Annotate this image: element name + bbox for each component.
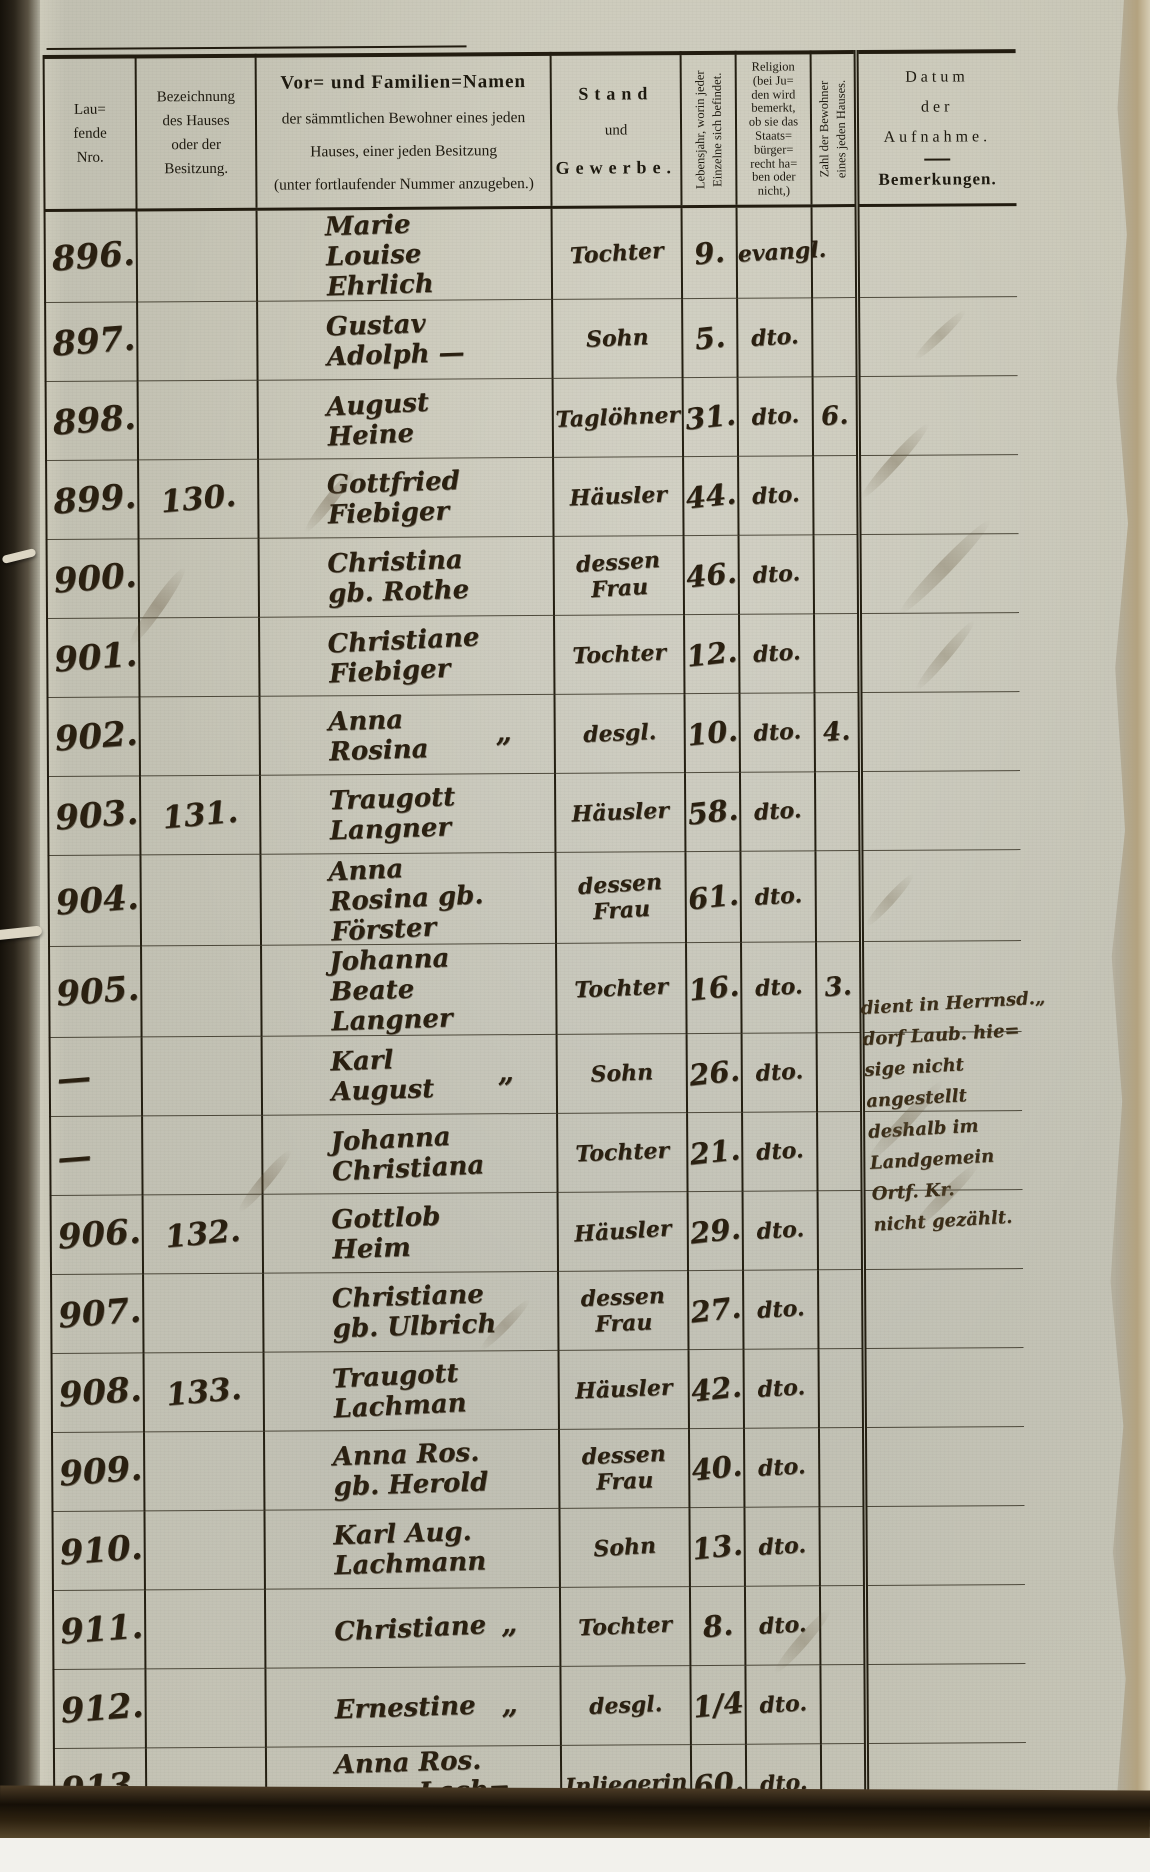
header-datum-bemerkungen: DatumderAufnahme. Bemerkungen. xyxy=(856,51,1017,205)
cell-hausnummer xyxy=(142,1036,262,1116)
text-line: Religion xyxy=(737,60,810,74)
cell-lebensjahr: 46. xyxy=(684,535,739,614)
cell-laufende-nro: — xyxy=(50,1116,142,1196)
cell-hausnummer xyxy=(144,1431,264,1511)
cell-stand-gewerbe: Tochter xyxy=(560,1587,690,1667)
cell-religion: dto. xyxy=(743,1270,818,1349)
cell-lebensjahr: 9. xyxy=(682,206,738,298)
cell-bemerkungen xyxy=(859,692,1019,772)
cell-bemerkungen xyxy=(864,1427,1024,1507)
cell-stand-gewerbe: Taglöhner xyxy=(553,378,683,458)
cell-hausnummer xyxy=(137,301,257,381)
book-spine xyxy=(0,0,40,1815)
name-text: Karl August xyxy=(330,1042,499,1107)
cell-hausnummer: 131. xyxy=(140,775,260,855)
cell-name: Karl Aug. Lachmann xyxy=(264,1508,559,1589)
register-row: 911. Christiane„ Tochter 8. dto. xyxy=(53,1585,1025,1670)
cell-name: Christiane„ xyxy=(265,1587,560,1668)
text-line: oder der xyxy=(137,133,255,158)
cell-name: Christina gb. Rothe xyxy=(259,536,554,617)
handwritten-remark: dient in Herrnsd.„dorf Laub. hie=sige ni… xyxy=(860,982,1064,1241)
cell-bemerkungen xyxy=(857,297,1017,377)
cell-stand-gewerbe: desgl. xyxy=(560,1666,690,1746)
cell-hausnummer xyxy=(137,209,258,302)
cell-bemerkungen xyxy=(858,455,1018,535)
text-line: Hauses, einer jeden Besitzung xyxy=(257,133,550,168)
cell-religion: dto. xyxy=(737,298,812,377)
text-line: Nro. xyxy=(45,145,135,170)
name-text: Marie Louise Ehrlich xyxy=(324,206,510,302)
cell-religion: dto. xyxy=(738,377,813,456)
cell-bewohnerzahl xyxy=(813,456,858,535)
cell-lebensjahr: 21. xyxy=(687,1112,742,1191)
cell-bewohnerzahl xyxy=(817,1112,862,1191)
text-line: nicht,) xyxy=(737,185,810,199)
header-datum: DatumderAufnahme. xyxy=(858,62,1016,153)
cell-laufende-nro: 899. xyxy=(46,460,138,540)
cell-name: Johanna Beate Langner xyxy=(261,943,557,1036)
name-text: Christina gb. Rothe xyxy=(327,543,512,609)
cell-hausnummer xyxy=(139,617,259,697)
cell-hausnummer: 133. xyxy=(144,1352,264,1432)
cell-laufende-nro: 909. xyxy=(52,1432,144,1512)
cell-religion: dto. xyxy=(744,1428,819,1507)
cell-bewohnerzahl xyxy=(820,1586,865,1665)
cell-bemerkungen xyxy=(864,1348,1024,1428)
header-lebensjahr: Lebensjahr, worin jeder Einzelne sich be… xyxy=(681,53,737,207)
cell-stand-gewerbe: Sohn xyxy=(559,1508,689,1588)
ditto-mark: „ xyxy=(500,1606,518,1640)
vertical-header-line: Einzelne sich befindet. xyxy=(709,57,725,203)
cell-hausnummer xyxy=(145,1589,265,1669)
text-line: der sämmtlichen Bewohner eines jeden xyxy=(257,100,550,135)
cell-laufende-nro: 911. xyxy=(53,1590,145,1670)
cell-lebensjahr: 31. xyxy=(683,377,738,456)
cell-stand-gewerbe: Tochter xyxy=(556,943,687,1035)
register-row: 912. Ernestine„ desgl. 1/4 dto. xyxy=(53,1664,1025,1749)
cell-stand-gewerbe: Häusler xyxy=(555,773,685,853)
cell-bewohnerzahl xyxy=(819,1507,864,1586)
cell-stand-gewerbe: Häusler xyxy=(558,1192,688,1272)
name-text: Gustav Adolph — xyxy=(325,306,510,372)
name-text: Johanna Christiana xyxy=(330,1119,516,1188)
vertical-header-line: eines jeden Hauses. xyxy=(833,56,849,202)
cell-lebensjahr: 10. xyxy=(684,693,739,772)
cell-name: Johanna Christiana xyxy=(262,1113,557,1194)
cell-religion: dto. xyxy=(738,456,813,535)
cell-religion: evangl. xyxy=(737,206,813,298)
header-gewerbe-line: Gewerbe. xyxy=(552,145,680,190)
name-text: Anna Ros. gb. Herold xyxy=(332,1436,517,1502)
cell-name: Anna Rosina gb. Förster xyxy=(260,852,556,945)
text-line: Aufnahme. xyxy=(859,122,1017,153)
cell-name: Marie Louise Ehrlich xyxy=(257,207,553,301)
cell-laufende-nro: 901. xyxy=(47,618,139,698)
cell-bemerkungen xyxy=(860,850,1021,942)
register-row: 907. Christiane gb. Ulbrich dessen Frau … xyxy=(51,1269,1023,1354)
name-text: Christiane xyxy=(334,1609,487,1646)
cell-bewohnerzahl: 3. xyxy=(816,942,862,1033)
cell-religion: dto. xyxy=(739,535,814,614)
register-row: 899. 130. Gottfried Fiebiger Häusler 44.… xyxy=(46,455,1018,540)
cell-bemerkungen xyxy=(865,1664,1025,1744)
cell-stand-gewerbe: Tochter xyxy=(552,207,683,300)
cell-stand-gewerbe: dessen Frau xyxy=(559,1429,689,1509)
header-text: Lau=fendeNro. xyxy=(45,97,135,170)
cell-religion: dto. xyxy=(739,614,814,693)
cell-hausnummer xyxy=(143,1273,263,1353)
page-block-edge xyxy=(0,1785,1150,1844)
cell-name: Gottlob Heim xyxy=(263,1192,558,1273)
cell-name: Christiane gb. Ulbrich xyxy=(263,1271,558,1352)
cell-lebensjahr: 5. xyxy=(682,298,737,377)
name-text: Traugott Lachman xyxy=(331,1356,517,1425)
cell-laufende-nro: 902. xyxy=(48,697,140,777)
name-text: Ernestine xyxy=(334,1690,476,1725)
text-line: bürger= xyxy=(737,143,810,157)
cell-hausnummer xyxy=(140,854,261,946)
text-line: Bezeichnung xyxy=(137,85,255,110)
cell-name: Traugott Langner xyxy=(260,773,555,854)
scan-background xyxy=(0,1838,1150,1872)
cell-stand-gewerbe: dessen Frau xyxy=(554,536,684,616)
header-und-line: und xyxy=(552,115,680,146)
name-text: Gottlob Heim xyxy=(331,1199,516,1265)
cell-laufende-nro: 910. xyxy=(52,1511,144,1591)
cell-bewohnerzahl xyxy=(819,1428,864,1507)
cell-lebensjahr: 16. xyxy=(686,942,742,1033)
table-header: Lau=fendeNro. Bezeichnungdes Hausesoder … xyxy=(44,51,1017,210)
name-text: Christiane gb. Ulbrich xyxy=(331,1278,516,1344)
register-row: 902. Anna Rosina„ desgl. 10. dto. 4. xyxy=(48,692,1020,777)
cell-name: Anna Ros. gb. Herold xyxy=(264,1429,559,1510)
cell-laufende-nro: 898. xyxy=(46,381,138,461)
header-hausbezeichnung: Bezeichnungdes Hausesoder derBesitzung. xyxy=(136,56,257,210)
cell-laufende-nro: — xyxy=(50,1037,142,1117)
cell-lebensjahr: 27. xyxy=(688,1270,743,1349)
header-stand-gewerbe: Stand und Gewerbe. xyxy=(551,53,682,207)
cell-name: Gottfried Fiebiger xyxy=(258,457,553,538)
cell-bewohnerzahl: 6. xyxy=(813,377,858,456)
cell-religion: dto. xyxy=(742,1112,817,1191)
cell-lebensjahr: 61. xyxy=(685,851,741,942)
cell-hausnummer xyxy=(141,945,262,1037)
cell-name: Traugott Lachman xyxy=(264,1350,559,1431)
register-row: 904. Anna Rosina gb. Förster dessen Frau… xyxy=(48,850,1021,947)
ditto-mark: „ xyxy=(501,1687,518,1721)
header-bewohnerzahl: Zahl der Bewohner eines jeden Hauses. xyxy=(811,52,857,206)
cell-bewohnerzahl xyxy=(820,1665,865,1744)
cell-hausnummer: 132. xyxy=(143,1194,263,1274)
register-row: 908. 133. Traugott Lachman Häusler 42. d… xyxy=(52,1348,1024,1433)
cell-religion: dto. xyxy=(745,1665,820,1744)
register-row: 909. Anna Ros. gb. Herold dessen Frau 40… xyxy=(52,1427,1024,1512)
name-text: Traugott Langner xyxy=(328,780,513,846)
cell-bewohnerzahl xyxy=(818,1191,863,1270)
cell-name: Gustav Adolph — xyxy=(257,299,552,380)
header-namen: Vor= und Familien=Namen der sämmtlichen … xyxy=(256,54,552,209)
header-text: Bezeichnungdes Hausesoder derBesitzung. xyxy=(137,85,256,182)
cell-hausnummer xyxy=(140,696,260,776)
cell-laufende-nro: 906. xyxy=(51,1195,143,1275)
text-line: des Hauses xyxy=(137,109,255,134)
cell-bewohnerzahl: 4. xyxy=(814,693,859,772)
cell-religion: dto. xyxy=(745,1586,820,1665)
text-line: der xyxy=(858,92,1016,123)
cell-bewohnerzahl xyxy=(817,1033,862,1112)
register-table-wrap: Lau=fendeNro. Bezeichnungdes Hausesoder … xyxy=(43,49,1026,1828)
text-line: Datum xyxy=(858,62,1016,93)
cell-lebensjahr: 58. xyxy=(685,772,740,851)
register-row: 910. Karl Aug. Lachmann Sohn 13. dto. xyxy=(52,1506,1024,1591)
cell-bewohnerzahl xyxy=(812,298,857,377)
cell-bemerkungen xyxy=(863,1269,1023,1349)
cell-lebensjahr: 29. xyxy=(688,1191,743,1270)
ditto-mark: „ xyxy=(495,715,512,749)
register-row: 900. Christina gb. Rothe dessen Frau 46.… xyxy=(47,534,1019,619)
cell-stand-gewerbe: Häusler xyxy=(559,1350,689,1430)
text-line: fende xyxy=(45,121,135,146)
cell-bewohnerzahl xyxy=(814,614,859,693)
name-text: Anna Rosina xyxy=(328,702,497,767)
cell-laufende-nro: 897. xyxy=(45,302,137,382)
cell-stand-gewerbe: Tochter xyxy=(554,615,684,695)
text-line: Lau= xyxy=(45,97,135,122)
cell-lebensjahr: 13. xyxy=(689,1507,744,1586)
cell-stand-gewerbe: dessen Frau xyxy=(555,852,686,944)
register-table: Lau=fendeNro. Bezeichnungdes Hausesoder … xyxy=(43,49,1027,1828)
name-text: August Heine xyxy=(325,384,511,453)
cell-laufende-nro: 904. xyxy=(48,855,141,947)
cell-hausnummer: 130. xyxy=(138,459,258,539)
cell-hausnummer xyxy=(142,1115,262,1195)
cell-religion: dto. xyxy=(744,1349,819,1428)
cell-laufende-nro: 900. xyxy=(47,539,139,619)
cell-name: August Heine xyxy=(258,378,553,459)
name-text: Christiane Fiebiger xyxy=(327,621,513,690)
header-namen-rest: der sämmtlichen Bewohner eines jedenHaus… xyxy=(257,100,551,201)
name-text: Anna Rosina gb. Förster xyxy=(328,849,515,948)
cell-bemerkungen xyxy=(858,376,1018,456)
cell-stand-gewerbe: dessen Frau xyxy=(558,1271,688,1351)
register-row: 903. 131. Traugott Langner Häusler 58. d… xyxy=(48,771,1020,856)
register-row: 896. Marie Louise Ehrlich Tochter 9. eva… xyxy=(45,205,1018,303)
text-line: Staats= xyxy=(737,129,810,143)
cell-lebensjahr: 44. xyxy=(683,456,738,535)
cell-bewohnerzahl xyxy=(819,1349,864,1428)
cell-bemerkungen xyxy=(859,534,1019,614)
cell-laufende-nro: 905. xyxy=(49,946,142,1038)
cell-name: Karl August„ xyxy=(262,1034,557,1115)
cell-religion: dto. xyxy=(742,1033,817,1112)
text-line: Besitzung. xyxy=(137,157,255,182)
cell-laufende-nro: 908. xyxy=(52,1353,144,1433)
name-text: Gottfried Fiebiger xyxy=(326,464,511,530)
text-line: deshalb im Landgemein xyxy=(867,1106,1060,1179)
cell-stand-gewerbe: Häusler xyxy=(553,457,683,537)
cell-religion: dto. xyxy=(739,693,814,772)
cell-stand-gewerbe: Sohn xyxy=(557,1034,687,1114)
cell-lebensjahr: 42. xyxy=(689,1349,744,1428)
cell-name: Anna Rosina„ xyxy=(260,694,555,775)
cell-religion: dto. xyxy=(740,851,816,942)
cell-name: Christiane Fiebiger xyxy=(259,615,554,696)
register-row: 897. Gustav Adolph — Sohn 5. dto. xyxy=(45,297,1017,382)
header-bemerkungen: Bemerkungen. xyxy=(859,164,1017,195)
vertical-header-line: Lebensjahr, worin jeder xyxy=(692,57,708,203)
cell-laufende-nro: 907. xyxy=(51,1274,143,1354)
name-text: Johanna Beate Langner xyxy=(329,941,515,1037)
header-stand-line: Stand xyxy=(552,71,680,116)
cell-bewohnerzahl xyxy=(818,1270,863,1349)
register-row: 898. August Heine Taglöhner 31. dto. 6. xyxy=(46,376,1018,461)
cell-laufende-nro: 912. xyxy=(53,1669,145,1749)
cell-bemerkungen xyxy=(859,613,1019,693)
header-religion: Religion(bei Ju=den wirdbemerkt,ob sie d… xyxy=(736,52,812,206)
header-text: Religion(bei Ju=den wirdbemerkt,ob sie d… xyxy=(737,60,811,198)
cell-name: Ernestine„ xyxy=(265,1666,560,1747)
cell-hausnummer xyxy=(138,380,258,460)
cell-bemerkungen xyxy=(857,205,1018,298)
cell-bewohnerzahl xyxy=(815,772,860,851)
cell-stand-gewerbe: Tochter xyxy=(557,1113,687,1193)
text-line: (bei Ju= xyxy=(737,74,810,88)
cell-hausnummer xyxy=(144,1510,264,1590)
cell-bemerkungen xyxy=(860,771,1020,851)
cell-lebensjahr: 12. xyxy=(684,614,739,693)
cell-bewohnerzahl xyxy=(815,851,861,942)
cell-stand-gewerbe: Sohn xyxy=(552,299,682,379)
cell-bewohnerzahl xyxy=(814,535,859,614)
header-laufende-nro: Lau=fendeNro. xyxy=(44,56,137,210)
cell-lebensjahr: 8. xyxy=(690,1586,745,1665)
cell-bemerkungen xyxy=(865,1585,1025,1665)
cell-religion: dto. xyxy=(743,1191,818,1270)
text-line: sige nicht angestellt xyxy=(864,1044,1057,1117)
cell-lebensjahr: 26. xyxy=(687,1033,742,1112)
cell-stand-gewerbe: desgl. xyxy=(555,694,685,774)
cell-lebensjahr: 40. xyxy=(689,1428,744,1507)
cell-laufende-nro: 896. xyxy=(45,210,138,303)
vertical-header-line: Zahl der Bewohner xyxy=(816,56,832,202)
cell-hausnummer xyxy=(145,1668,265,1748)
ditto-mark: „ xyxy=(497,1055,514,1089)
register-row: 901. Christiane Fiebiger Tochter 12. dto… xyxy=(47,613,1019,698)
cell-religion: dto. xyxy=(744,1507,819,1586)
cell-laufende-nro: 903. xyxy=(48,776,140,856)
name-text: Karl Aug. Lachmann xyxy=(333,1515,518,1581)
cell-bemerkungen xyxy=(864,1506,1024,1586)
header-namen-title: Vor= und Familien=Namen xyxy=(257,62,550,102)
cell-hausnummer xyxy=(139,538,259,618)
cell-religion: dto. xyxy=(740,772,815,851)
text-line: (unter fortlaufender Nummer anzugeben.) xyxy=(257,166,550,201)
cell-religion: dto. xyxy=(741,942,817,1033)
header-divider-rule xyxy=(924,158,950,160)
cell-lebensjahr: 1/4 xyxy=(690,1665,745,1744)
